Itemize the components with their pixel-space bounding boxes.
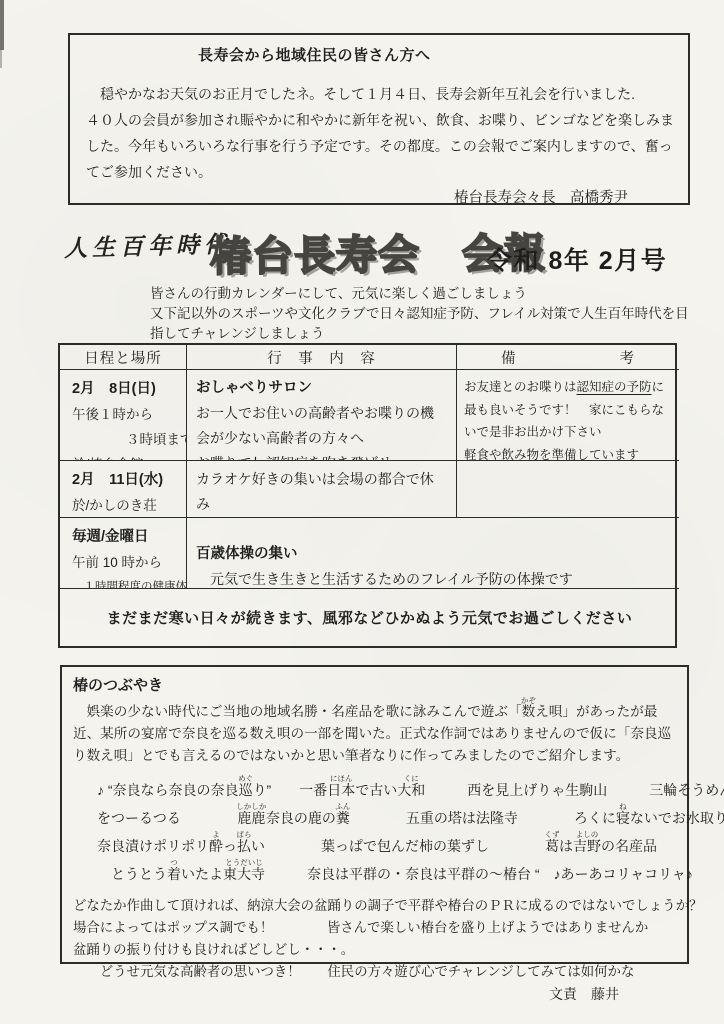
row1-remark-cell: お友達とのお喋りは認知症の予防に最も良いそうです！ 家にこもらないで是非お出かけ… (457, 370, 679, 461)
notice-box: 長寿会から地域住民の皆さん方へ 穏やかなお天気のお正月でしたネ。そして１月４日、… (68, 33, 690, 205)
row3-event-desc: 元気で生き生きと生活するためのフレイル予防の体操です (196, 567, 657, 589)
notice-title: 長寿会から地域住民の皆さん方へ (198, 44, 674, 65)
era-slogan: 人生百年時代 (64, 226, 233, 263)
row3-duration: １時間程度の健康体操 (72, 575, 182, 589)
outro-line-2: 場合によってはポップス調でも！ 皆さんで楽しい椿台を盛り上げようではありませんか (73, 917, 677, 939)
row1-time-to: ３時頃まで (72, 427, 182, 452)
row1-time-from: 午後１時から (72, 402, 182, 427)
issue-label: 令和 8年 2月号 (487, 241, 667, 277)
header-date-place: 日程と場所 (60, 345, 187, 370)
row3-date-cell: 毎週/金曜日 午前 10 時から １時間程度の健康体操 於/椿台会館 (60, 518, 187, 589)
author-credit: 文責 藤井 (73, 984, 677, 1004)
row1-remark-food: 軽食や飲み物を準備しています (464, 444, 676, 462)
row2-date: 2月 11日(水) (72, 468, 182, 493)
row1-event-title: おしゃべりサロン (196, 376, 434, 401)
row2-event-desc: カラオケ好きの集いは会場の都合で休み (196, 467, 434, 517)
notice-paragraph-2: ４０人の会員が参加され賑やかに和やかに新年を祝い、飲食、お喋り、ビンゴなどを楽し… (86, 107, 674, 185)
masthead-subtitle: 皆さんの行動カレンダーにして、元気に楽しく過ごしましょう 又下記以外のスポーツや… (150, 284, 689, 344)
masthead-subtitle-line-1: 皆さんの行動カレンダーにして、元気に楽しく過ごしましょう (150, 284, 689, 304)
row2-place: 於/かしのき荘 (72, 493, 182, 518)
row1-place: 於/椿台会館 (72, 452, 182, 461)
header-remarks: 備 考 (457, 345, 679, 370)
row2-remark-cell (457, 461, 679, 518)
lyric-line-2: をつーるつる 鹿鹿しかしか奈良の鹿の糞ふん 五重の塔は法隆寺 ろくに寝ねないでお… (97, 802, 677, 830)
notice-signature: 椿台長寿会々長 高橋秀尹 (86, 186, 674, 207)
header-event-content: 行 事 内 容 (187, 345, 457, 370)
counting-song-lyrics: ♪ “奈良なら奈良の奈良巡めぐり” 一番日本にほんで古い大和くに 西を見上げりゃ… (97, 774, 677, 886)
row2-event-cell: カラオケ好きの集いは会場の都合で休み 今月は都合でお休みといたします (187, 461, 457, 518)
outro-line-4: どうせ元気な高齢者の思いつき！ 住民の方々遊び心でチャレンジしてみては如何かな (73, 961, 677, 983)
outro-line-1: どなたか作曲して頂ければ、納涼大会の盆踊りの調子で平群や椿台のＰＲに成るのではな… (73, 895, 677, 917)
lyric-line-3: 奈良漬けポリポリ酔よっ払ぱらい 葉っぱで包んだ柿の葉ずし 葛くずは吉野よしのの名… (97, 830, 677, 858)
tsubuyaki-title: 椿のつぶやき (73, 674, 677, 695)
schedule-table: 日程と場所 行 事 内 容 備 考 2月 8日(日) 午後１時から ３時頃まで … (58, 343, 677, 648)
row1-event-cell: おしゃべりサロン お一人でお住いの高齢者やお喋りの機会が少ない高齢者の方々へ お… (187, 370, 457, 461)
tsubuyaki-box: 椿のつぶやき 娯楽の少ない時代にご当地の地域名勝・名産品を歌に詠みこんで遊ぶ「数… (60, 665, 689, 964)
row1-date: 2月 8日(日) (72, 377, 182, 402)
row1-remark-text: お友達とのお喋りは認知症の予防に最も良いそうです！ 家にこもらないで是非お出かけ… (464, 376, 676, 444)
scan-artifact (0, 50, 2, 68)
scan-artifact (0, 0, 4, 50)
row3-date: 毎週/金曜日 (72, 525, 182, 550)
row1-event-slogan: お喋りで！認知症を吹き飛ばせ (196, 451, 434, 461)
header-remarks-right: 考 (620, 347, 636, 368)
row3-event-title: 百歳体操の集い (196, 542, 657, 567)
header-remarks-left: 備 (501, 347, 517, 368)
row1-event-desc: お一人でお住いの高齢者やお喋りの機会が少ない高齢者の方々へ (196, 401, 434, 451)
table-footer-message: まだまだ寒い日々が続きます、風邪などひかぬよう元気でお過ごしください (60, 589, 679, 646)
notice-paragraph-1: 穏やかなお天気のお正月でしたネ。そして１月４日、長寿会新年互礼会を行いました. (86, 81, 674, 107)
row2-date-cell: 2月 11日(水) 於/かしのき荘 (60, 461, 187, 518)
outro-line-3: 盆踊りの振り付けも良ければどしどし・・・。 (73, 939, 677, 961)
tsubuyaki-intro: 娯楽の少ない時代にご当地の地域名勝・名産品を歌に詠みこんで遊ぶ「数かぞえ唄」があ… (73, 696, 677, 767)
row3-time: 午前 10 時から (72, 550, 182, 575)
lyric-line-4: とうとう着ついたよ東大寺とうだいじ 奈良は平群の・奈良は平群の〜椿台 “ ♪あー… (97, 858, 677, 886)
row1-date-cell: 2月 8日(日) 午後１時から ３時頃まで 於/椿台会館 (60, 370, 187, 461)
scanned-newsletter-page: 長寿会から地域住民の皆さん方へ 穏やかなお天気のお正月でしたネ。そして１月４日、… (0, 0, 724, 1024)
row3-event-spacer (196, 524, 657, 542)
lyric-line-1: ♪ “奈良なら奈良の奈良巡めぐり” 一番日本にほんで古い大和くに 西を見上げりゃ… (97, 774, 677, 802)
tsubuyaki-outro: どなたか作曲して頂ければ、納涼大会の盆踊りの調子で平群や椿台のＰＲに成るのではな… (73, 895, 677, 983)
row3-event-cell: 百歳体操の集い 元気で生き生きと生活するためのフレイル予防の体操です (187, 518, 679, 589)
masthead-subtitle-line-3: 指してチャレンジしましょう (150, 324, 689, 344)
masthead-subtitle-line-2: 又下記以外のスポーツや文化クラブで日々認知症予防、フレイル対策で人生百年時代を目 (150, 304, 689, 324)
